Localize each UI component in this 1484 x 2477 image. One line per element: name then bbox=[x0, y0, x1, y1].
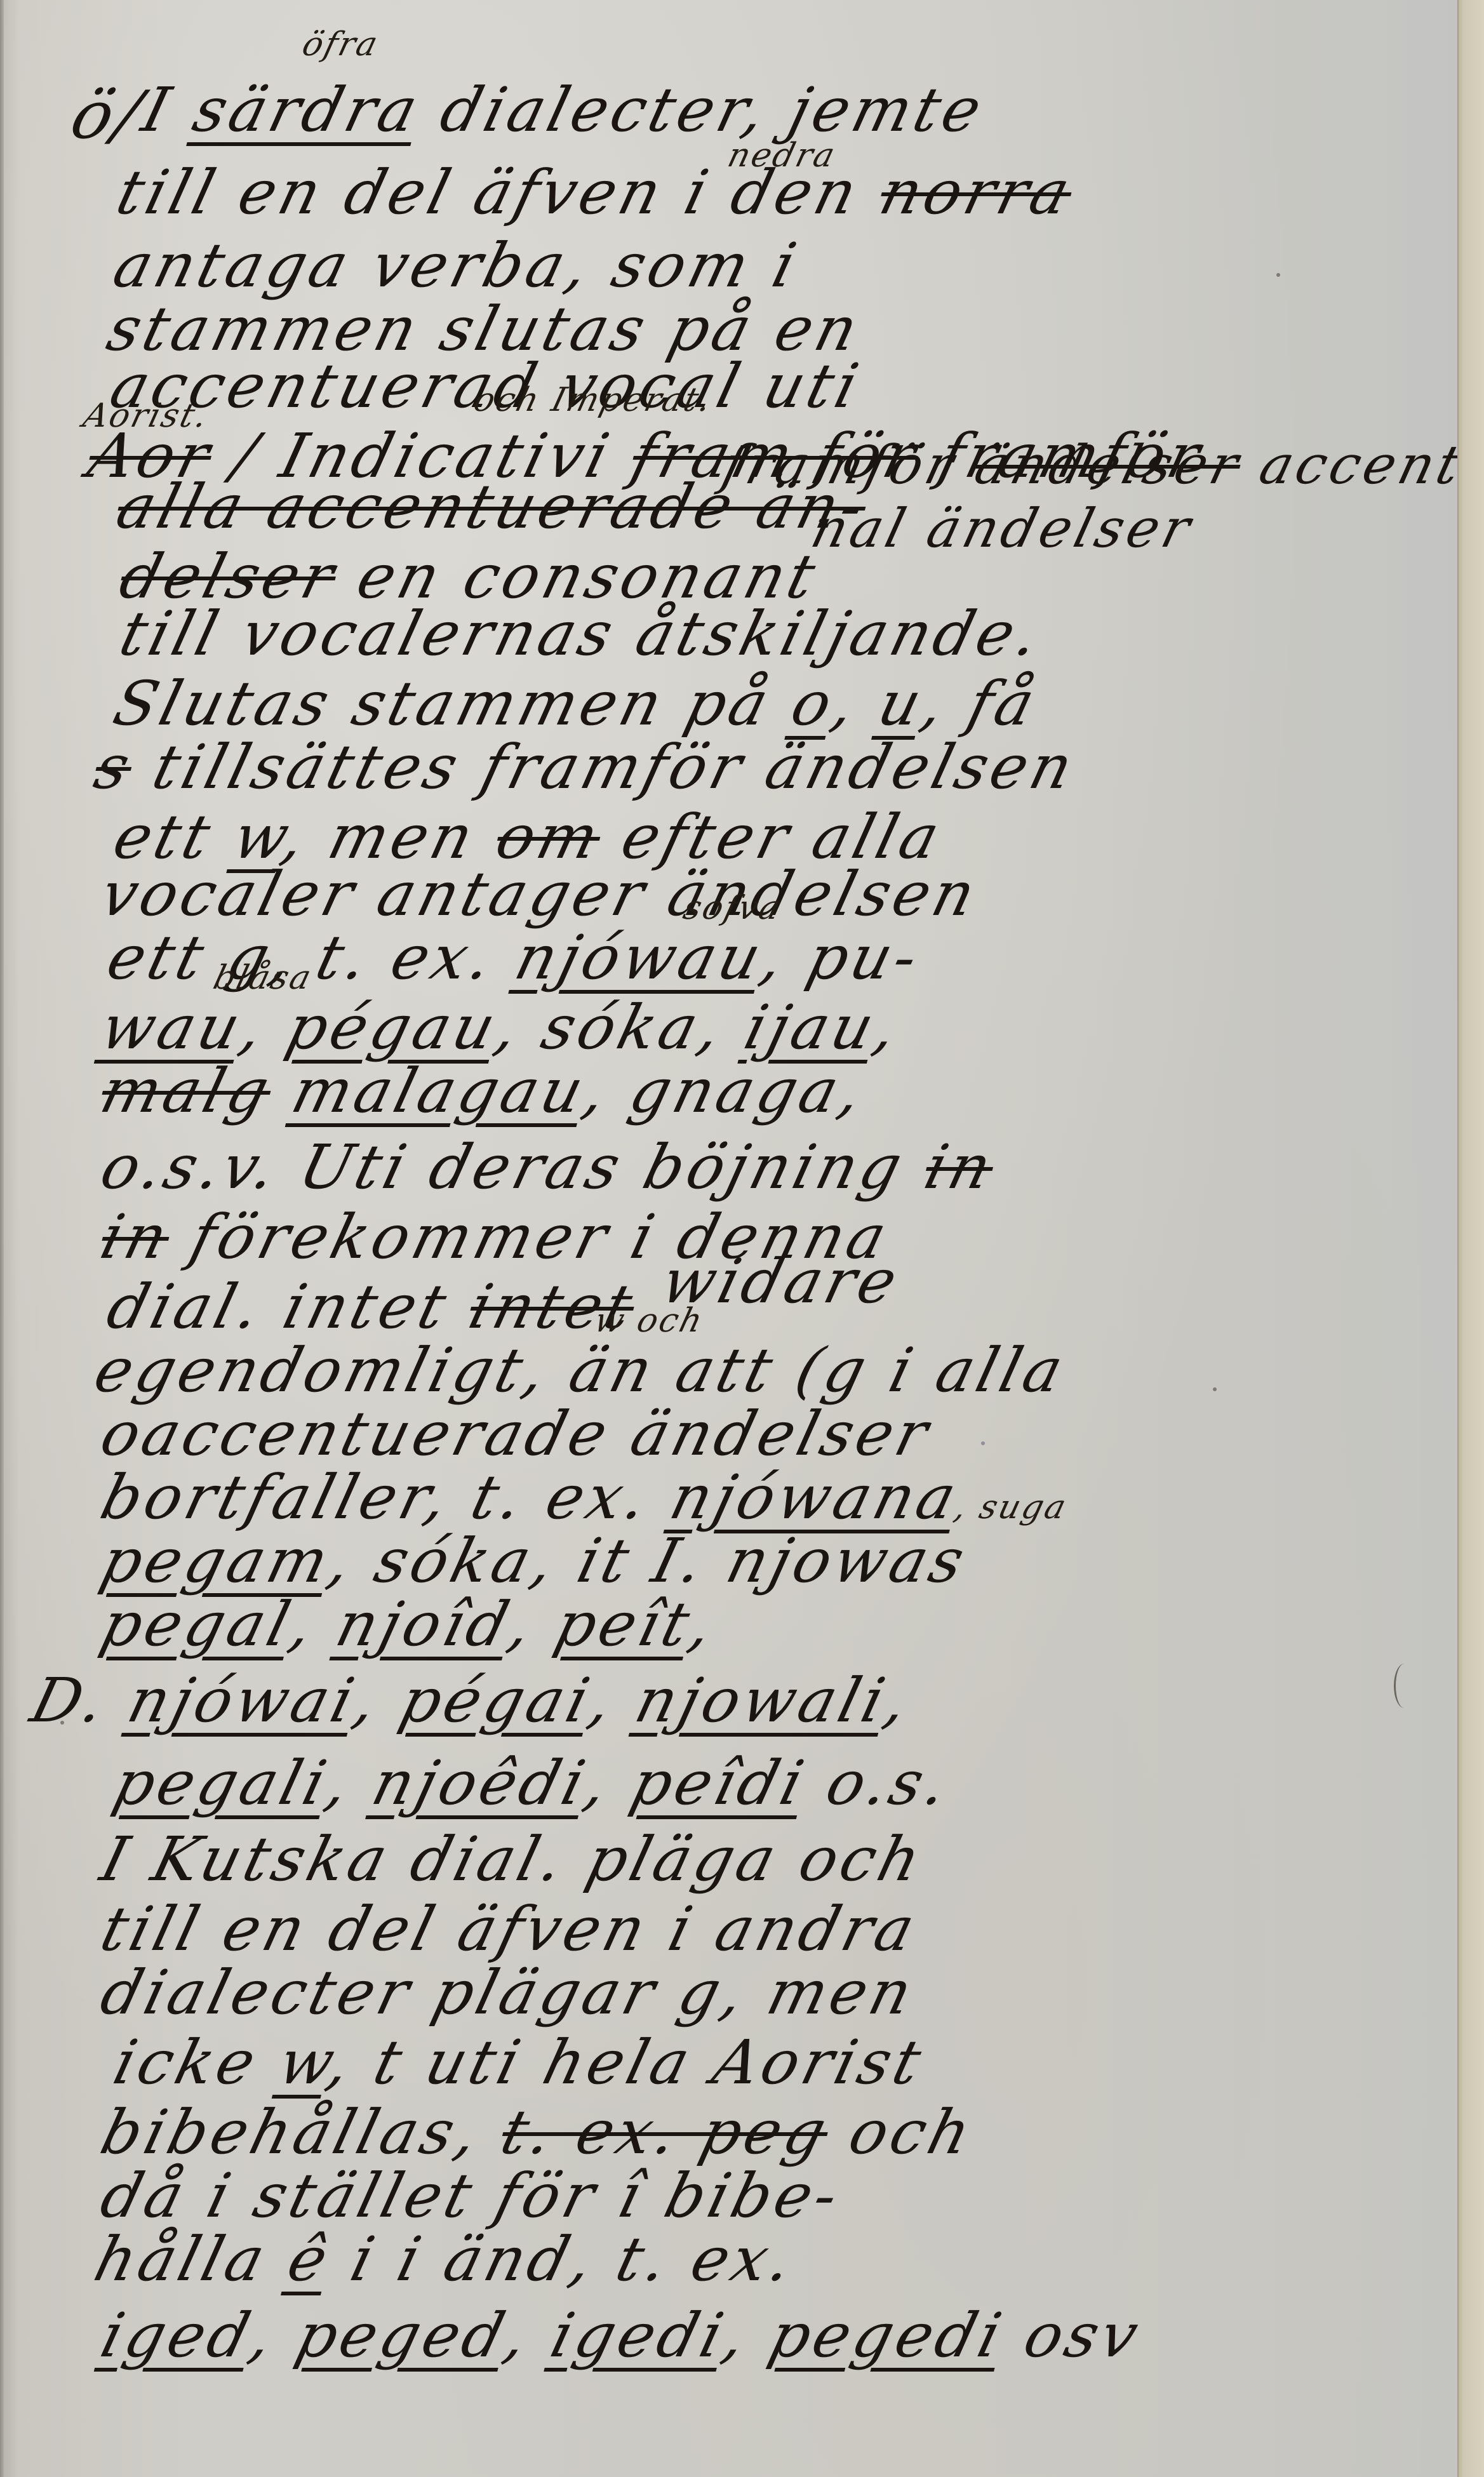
line-26-njoedi: njoêdi bbox=[365, 1747, 595, 1819]
line-25-njowali: njowali bbox=[629, 1665, 895, 1736]
line-16-malagau: malagau bbox=[285, 1055, 594, 1126]
line-16-struck-malg: malg bbox=[94, 1055, 279, 1126]
page-edge bbox=[1457, 0, 1484, 2477]
insertion-above-line-14: sofva bbox=[679, 889, 786, 927]
line-2-part-1: till en del äfven i den bbox=[110, 157, 867, 228]
manuscript-line-9: till vocalernas åtskiljande. bbox=[114, 603, 1048, 664]
line-11-rest: tillsättes framför ändelsen bbox=[146, 731, 1083, 803]
line-17-text: o.s.v. Uti deras böjning bbox=[94, 1132, 912, 1203]
line-34-igedi: igedi bbox=[544, 2300, 733, 2371]
manuscript-line-29: dialecter plägar g, men bbox=[95, 1962, 921, 2023]
binding-shadow bbox=[0, 0, 4, 2477]
line-25-pegai: pégai bbox=[393, 1665, 600, 1736]
line-26-pegali: pegali bbox=[107, 1747, 337, 1819]
line-15-wau: wau bbox=[94, 992, 251, 1063]
line-30-rest: , t uti hela Aorist bbox=[321, 2027, 932, 2098]
line-20-part-1: egendomligt, än att bbox=[88, 1335, 784, 1406]
line-31-struck: t. ex. peg bbox=[494, 2097, 836, 2168]
line-34-iged: iged bbox=[94, 2300, 260, 2371]
line-10-fa: , få bbox=[914, 668, 1045, 739]
line-34-peged: peged bbox=[289, 2300, 515, 2371]
line-22-njowana: njówana bbox=[664, 1462, 967, 1533]
line-34-pegedi: pegedi bbox=[763, 2300, 1012, 2371]
manuscript-line-3: antaga verba, som i bbox=[108, 235, 805, 296]
line-1-struck-word: särdra bbox=[186, 74, 428, 145]
manuscript-line-21: oaccentuerade ändelser bbox=[95, 1403, 937, 1464]
margin-addition-accentuerade: accentuerade perso- bbox=[1253, 434, 1484, 496]
line-24-njoid: njoîd bbox=[330, 1589, 519, 1660]
line-33-rest: i i änd, t. ex. bbox=[344, 2224, 803, 2295]
margin-addition-line-2: nal ändelser bbox=[806, 502, 1199, 555]
line-15-ijau: ijau bbox=[738, 992, 885, 1063]
line-17-struck: in bbox=[918, 1132, 1002, 1203]
line-16-gnaga: , gnaga, bbox=[577, 1055, 873, 1126]
manuscript-line-7: alla accentuerade än- bbox=[111, 476, 873, 537]
manuscript-line-27: I Kutska dial. pläga och bbox=[95, 1829, 930, 1890]
manuscript-page: ö/ öfra I särdra dialecter, jemte nedra … bbox=[0, 0, 1461, 2477]
manuscript-line-28: till en del äfven i andra bbox=[95, 1899, 924, 1960]
manuscript-line-11: s tillsättes framför ändelsen bbox=[89, 737, 1082, 798]
manuscript-line-2: till en del äfven i den norra bbox=[111, 162, 1079, 223]
line-11-struck-s: s bbox=[88, 731, 140, 803]
line-24-peit: peît bbox=[548, 1589, 700, 1660]
manuscript-line-20: egendomligt, än att (g i alla bbox=[89, 1340, 1073, 1401]
manuscript-line-15: wau, pégau, sóka, ijau, bbox=[95, 997, 907, 1058]
paper-speck bbox=[1213, 1387, 1217, 1391]
line-15-soka: , sóka, bbox=[488, 992, 755, 1063]
manuscript-line-23: pegam, sóka, it I. njowas bbox=[95, 1530, 973, 1591]
insertion-above-line-15: blåsa bbox=[210, 959, 317, 997]
manuscript-line-24: pegal, njoîd, peît, bbox=[95, 1594, 722, 1655]
line-23-soka: , sóka, it bbox=[321, 1525, 640, 1596]
line-18-struck-in: in bbox=[94, 1201, 178, 1272]
manuscript-line-34: iged, peged, igedi, pegedi osv bbox=[95, 2305, 1147, 2366]
line-33-halla: hålla bbox=[88, 2224, 276, 2295]
manuscript-line-33: hålla ê i i änd, t. ex. bbox=[89, 2229, 802, 2290]
line-1-part-3: dialecter, jemte bbox=[434, 74, 992, 145]
margin-addition-struck: ändelser bbox=[969, 434, 1248, 496]
paper-speck bbox=[981, 1441, 985, 1445]
manuscript-line-16: malg malagau, gnaga, bbox=[95, 1060, 871, 1121]
line-31-bibehallas: bibehållas, bbox=[94, 2097, 489, 2168]
manuscript-line-10: Slutas stammen på o, u, få bbox=[108, 673, 1044, 734]
line-23-pegam: pegam bbox=[94, 1525, 339, 1596]
insertion-above-line-20: w och bbox=[591, 1302, 708, 1340]
manuscript-line-17: o.s.v. Uti deras böjning in bbox=[95, 1137, 1001, 1198]
line-20-i-alla: i alla bbox=[883, 1335, 1074, 1406]
line-14-pu: , pu- bbox=[754, 922, 928, 993]
paper-fiber-mark bbox=[1394, 1664, 1415, 1708]
line-19-dial-intet: dial. intet bbox=[100, 1271, 457, 1342]
manuscript-line-1: I särdra dialecter, jemte bbox=[137, 79, 991, 140]
manuscript-line-31: bibehållas, t. ex. peg och bbox=[95, 2102, 980, 2163]
line-20-g: (g bbox=[789, 1335, 877, 1406]
line-26-osv: o.s. bbox=[796, 1747, 958, 1819]
manuscript-line-19: dial. intet intet widare bbox=[102, 1276, 900, 1337]
line-2-struck-word: norra bbox=[873, 157, 1081, 228]
manuscript-line-25: D. njówai, pégai, njowali, bbox=[25, 1670, 917, 1731]
line-23-njowas: I. njowas bbox=[645, 1525, 975, 1596]
line-22-suga: , suga bbox=[951, 1488, 1071, 1526]
manuscript-line-30: icke w, t uti hela Aorist bbox=[108, 2032, 930, 2093]
insertion-above-line-1: öfra bbox=[298, 25, 383, 63]
line-26-peidi: peîdi bbox=[624, 1747, 814, 1819]
paper-speck bbox=[60, 1721, 64, 1725]
manuscript-line-13: vocaler antager ändelsen bbox=[95, 864, 984, 925]
line-31-och: och bbox=[842, 2097, 981, 2168]
line-22-part-1: bortfaller, t. ex. bbox=[94, 1462, 658, 1533]
line-15-pegau: pégau bbox=[279, 992, 506, 1063]
line-34-osv: osv bbox=[994, 2300, 1149, 2371]
line-14-njowau: njówau bbox=[509, 922, 772, 993]
line-25-njowai: njówai bbox=[121, 1665, 364, 1736]
line-10-part-1: Slutas stammen på bbox=[107, 668, 779, 739]
manuscript-line-22: bortfaller, t. ex. njówana, suga bbox=[95, 1467, 1077, 1528]
line-33-e-circumflex: ê bbox=[281, 2224, 338, 2295]
margin-mark-d: D. bbox=[24, 1665, 116, 1736]
paper-speck bbox=[1276, 273, 1280, 277]
manuscript-line-32: då i stället för î bibe- bbox=[95, 2165, 848, 2226]
insertion-above-line-6: och Imperat. bbox=[470, 381, 717, 419]
manuscript-line-26: pegali, njoêdi, peîdi o.s. bbox=[108, 1753, 957, 1813]
line-24-pegal: pegal bbox=[94, 1589, 301, 1660]
line-30-icke: icke bbox=[107, 2027, 266, 2098]
